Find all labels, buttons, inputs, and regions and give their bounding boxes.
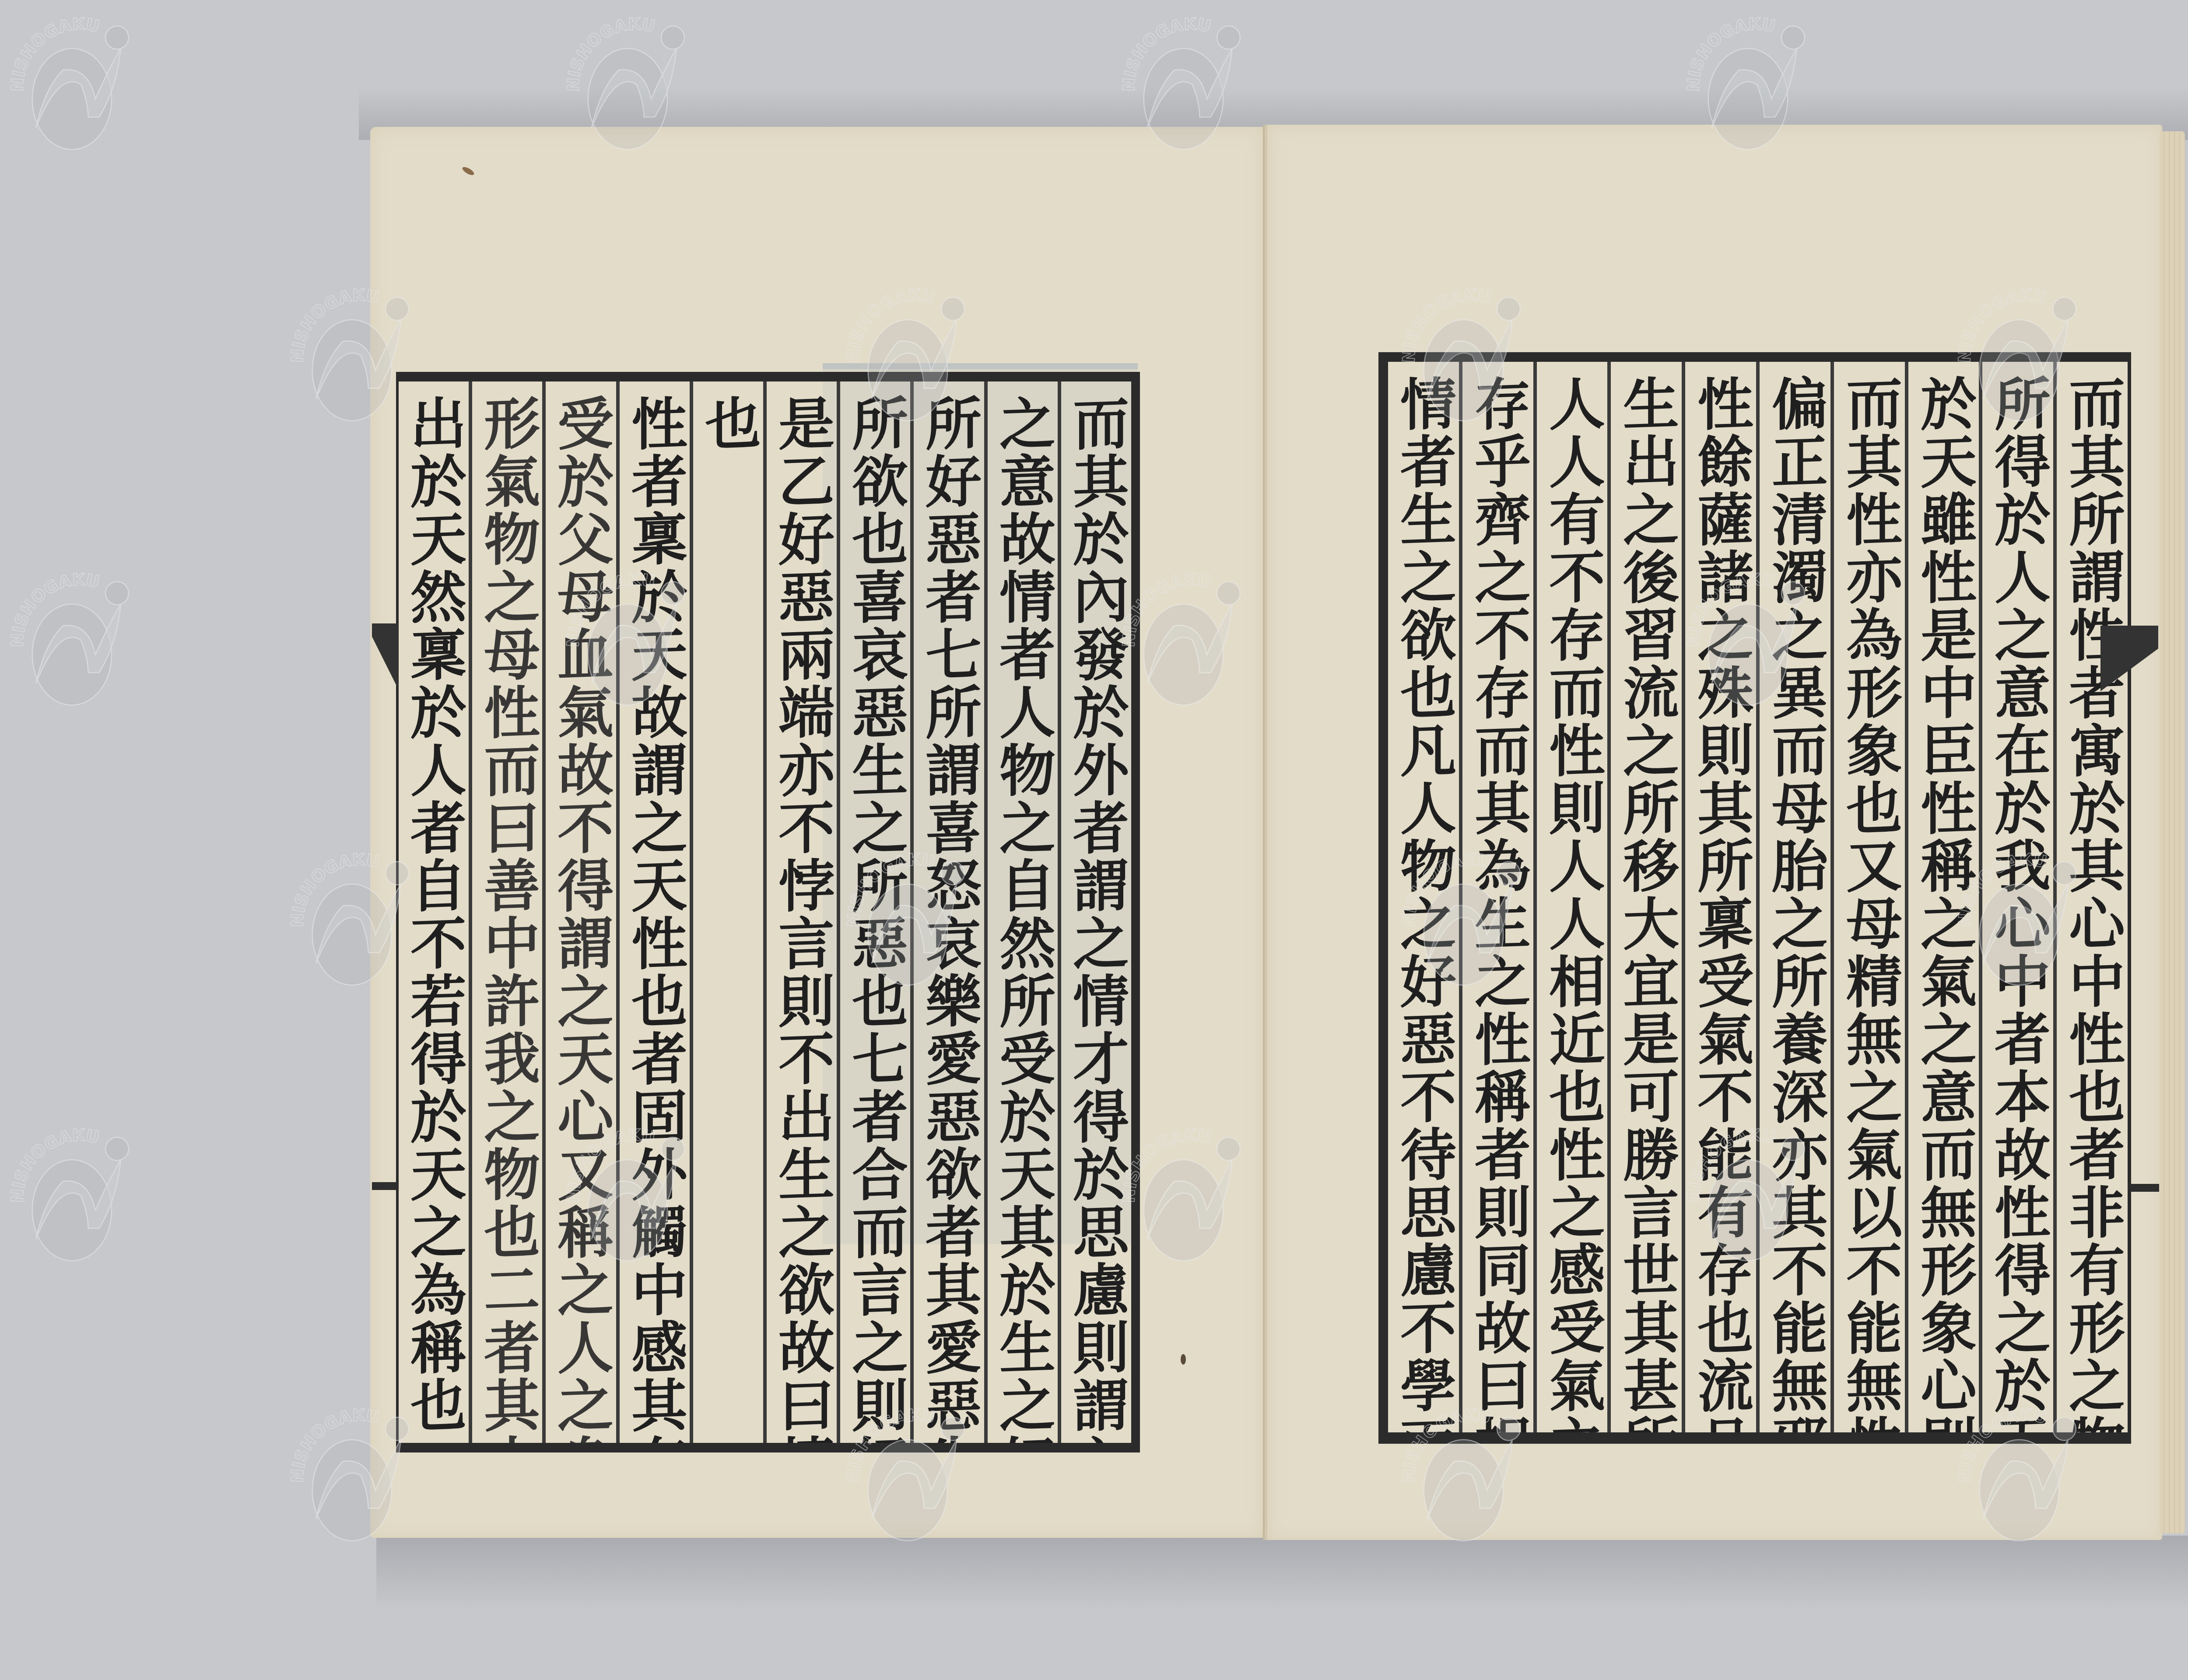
left-page-text-frame: 而其於內發於外者謂之情才得於思慮則謂之心謂 之意故情者人物之自然所受於天其於生之…	[396, 372, 1140, 1452]
margin-line-mark	[2128, 1184, 2159, 1192]
nishogakusha-logo-icon: NISHOGAKUSHA	[9, 564, 153, 709]
paper-spot	[1181, 1354, 1186, 1365]
column-text: 所得於人之意在於我心中者本故性得之於天心而空之	[1990, 362, 2046, 1432]
right-column-7: 生出之後習流之所移大宜是可勝言世其甚所以人心之	[1607, 362, 1682, 1432]
column-text: 出於天然稟於人者自不若得於天之為稱也 心字並	[406, 381, 462, 1443]
column-text: 也	[700, 381, 756, 1443]
column-text: 形氣物之母性而曰善中許我之物也二者其本雖皆	[479, 381, 535, 1443]
svg-text:NISHOGAKUSHA: NISHOGAKUSHA	[9, 9, 101, 92]
column-text: 情者生之欲也凡人物之好惡不待思慮不學而能皆自然	[1396, 362, 1452, 1432]
right-column-3: 於天雖性是中臣性稱之氣之意而無形象心則有形氣	[1905, 362, 1979, 1432]
column-text: 人人有不存而性則人人相近也性之感受氣之始唯有	[1544, 362, 1600, 1432]
column-text: 生出之後習流之所移大宜是可勝言世其甚所以人心之	[1618, 362, 1674, 1432]
column-text: 所好惡者七所謂喜怒哀樂愛惡欲者其愛惡生之	[921, 381, 977, 1443]
right-column-2: 所得於人之意在於我心中者本故性得之於天心而空之	[1979, 362, 2053, 1432]
left-column-3: 所好惡者七所謂喜怒哀樂愛惡欲者其愛惡生之	[910, 381, 984, 1443]
svg-text:NISHOGAKUSHA: NISHOGAKUSHA	[289, 844, 381, 927]
column-text: 之意故情者人物之自然所受於天其於生之好惡也其	[995, 381, 1051, 1443]
left-column-10: 出於天然稟於人者自不若得於天之為稱也 心字並	[399, 381, 469, 1443]
left-column-9: 形氣物之母性而曰善中許我之物也二者其本雖皆	[469, 381, 542, 1443]
right-column-5: 偏正清濁之異而母胎之所養深亦其不能無邪正清濁	[1756, 362, 1830, 1432]
column-text: 而其所謂性者寓於其心中性也者非有形之物又是一箇	[2064, 362, 2120, 1432]
svg-text:NISHOGAKUSHA: NISHOGAKUSHA	[1685, 9, 1777, 92]
column-text: 偏正清濁之異而母胎之所養深亦其不能無邪正清濁	[1767, 362, 1823, 1432]
left-column-6: 也	[690, 381, 763, 1443]
nishogakusha-logo-icon: NISHOGAKUSHA	[9, 9, 153, 153]
column-text: 存乎齊之不存而其為生之性稱者則同故曰相近也	[1470, 362, 1526, 1432]
column-text: 於天雖性是中臣性稱之氣之意而無形象心則有形氣	[1916, 362, 1972, 1432]
right-column-6: 性餘薩諸之殊則其所稟受氣不能有存也流且反	[1682, 362, 1756, 1432]
nishogakusha-logo-icon: NISHOGAKUSHA	[9, 1120, 153, 1264]
column-text: 而其性亦為形象也又母精無之氣以不能無性餘通塞	[1841, 362, 1897, 1432]
column-text: 受於父母血氣故不得謂之天心又稱之人之身心者	[553, 381, 609, 1443]
right-column-1: 而其所謂性者寓於其心中性也者非有形之物又是一箇	[2053, 362, 2128, 1432]
svg-text:NISHOGAKUSHA: NISHOGAKUSHA	[9, 564, 101, 647]
right-column-10: 情者生之欲也凡人物之好惡不待思慮不學而能皆自然	[1388, 362, 1459, 1432]
column-text: 性者稟於天故謂之天性也者固外觸中感其有形之物	[627, 381, 683, 1443]
left-column-7: 性者稟於天故謂之天性也者固外觸中感其有形之物	[616, 381, 690, 1443]
book-shadow-bottom	[376, 1536, 2188, 1610]
right-column-9: 存乎齊之不存而其為生之性稱者則同故曰相近也	[1459, 362, 1533, 1432]
svg-text:NISHOGAKUSHA: NISHOGAKUSHA	[289, 1400, 381, 1483]
right-column-8: 人人有不存而性則人人相近也性之感受氣之始唯有	[1533, 362, 1608, 1432]
svg-text:NISHOGAKUSHA: NISHOGAKUSHA	[565, 9, 657, 92]
left-column-1: 而其於內發於外者謂之情才得於思慮則謂之心謂	[1058, 381, 1131, 1443]
column-text: 所欲也喜哀惡生之所惡也七者合而言之則好惡兩端	[847, 381, 903, 1443]
page-stack-edge	[2160, 131, 2185, 1533]
left-column-2: 之意故情者人物之自然所受於天其於生之好惡也其	[984, 381, 1058, 1443]
left-column-4: 所欲也喜哀惡生之所惡也七者合而言之則好惡兩端	[837, 381, 910, 1443]
column-text: 而其於內發於外者謂之情才得於思慮則謂之心謂	[1068, 381, 1124, 1443]
right-column-4: 而其性亦為形象也又母精無之氣以不能無性餘通塞	[1830, 362, 1905, 1432]
right-page-text-frame: 而其所謂性者寓於其心中性也者非有形之物又是一箇 所得於人之意在於我心中者本故性得…	[1378, 352, 2131, 1444]
svg-text:NISHOGAKUSHA: NISHOGAKUSHA	[1120, 9, 1213, 92]
left-column-8: 受於父母血氣故不得謂之天心又稱之人之身心者	[542, 381, 616, 1443]
left-column-5: 是乙好惡兩端亦不悖言則不出生之欲故曰情者生之欲	[763, 381, 837, 1443]
svg-text:NISHOGAKUSHA: NISHOGAKUSHA	[9, 1120, 101, 1203]
column-text: 是乙好惡兩端亦不悖言則不出生之欲故曰情者生之欲	[774, 381, 830, 1443]
margin-line-mark	[372, 1182, 397, 1190]
svg-text:NISHOGAKUSHA: NISHOGAKUSHA	[289, 280, 381, 363]
column-text: 性餘薩諸之殊則其所稟受氣不能有存也流且反	[1693, 362, 1749, 1432]
